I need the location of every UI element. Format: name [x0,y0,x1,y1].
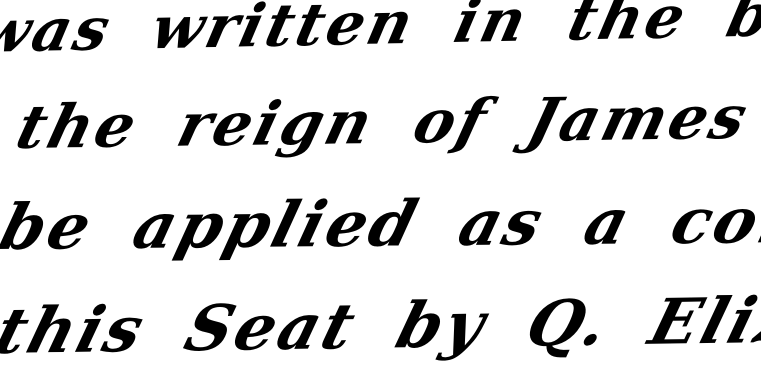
handwritten-line-1: was written in the begin [0,0,761,61]
handwritten-line-3: be applied as a consecr [0,188,761,259]
handwritten-line-2: the reign of James the [11,86,761,158]
handwritten-line-4: this Seat by Q. Elizab [0,288,761,363]
manuscript-page: was written in the begin the reign of Ja… [0,0,761,384]
